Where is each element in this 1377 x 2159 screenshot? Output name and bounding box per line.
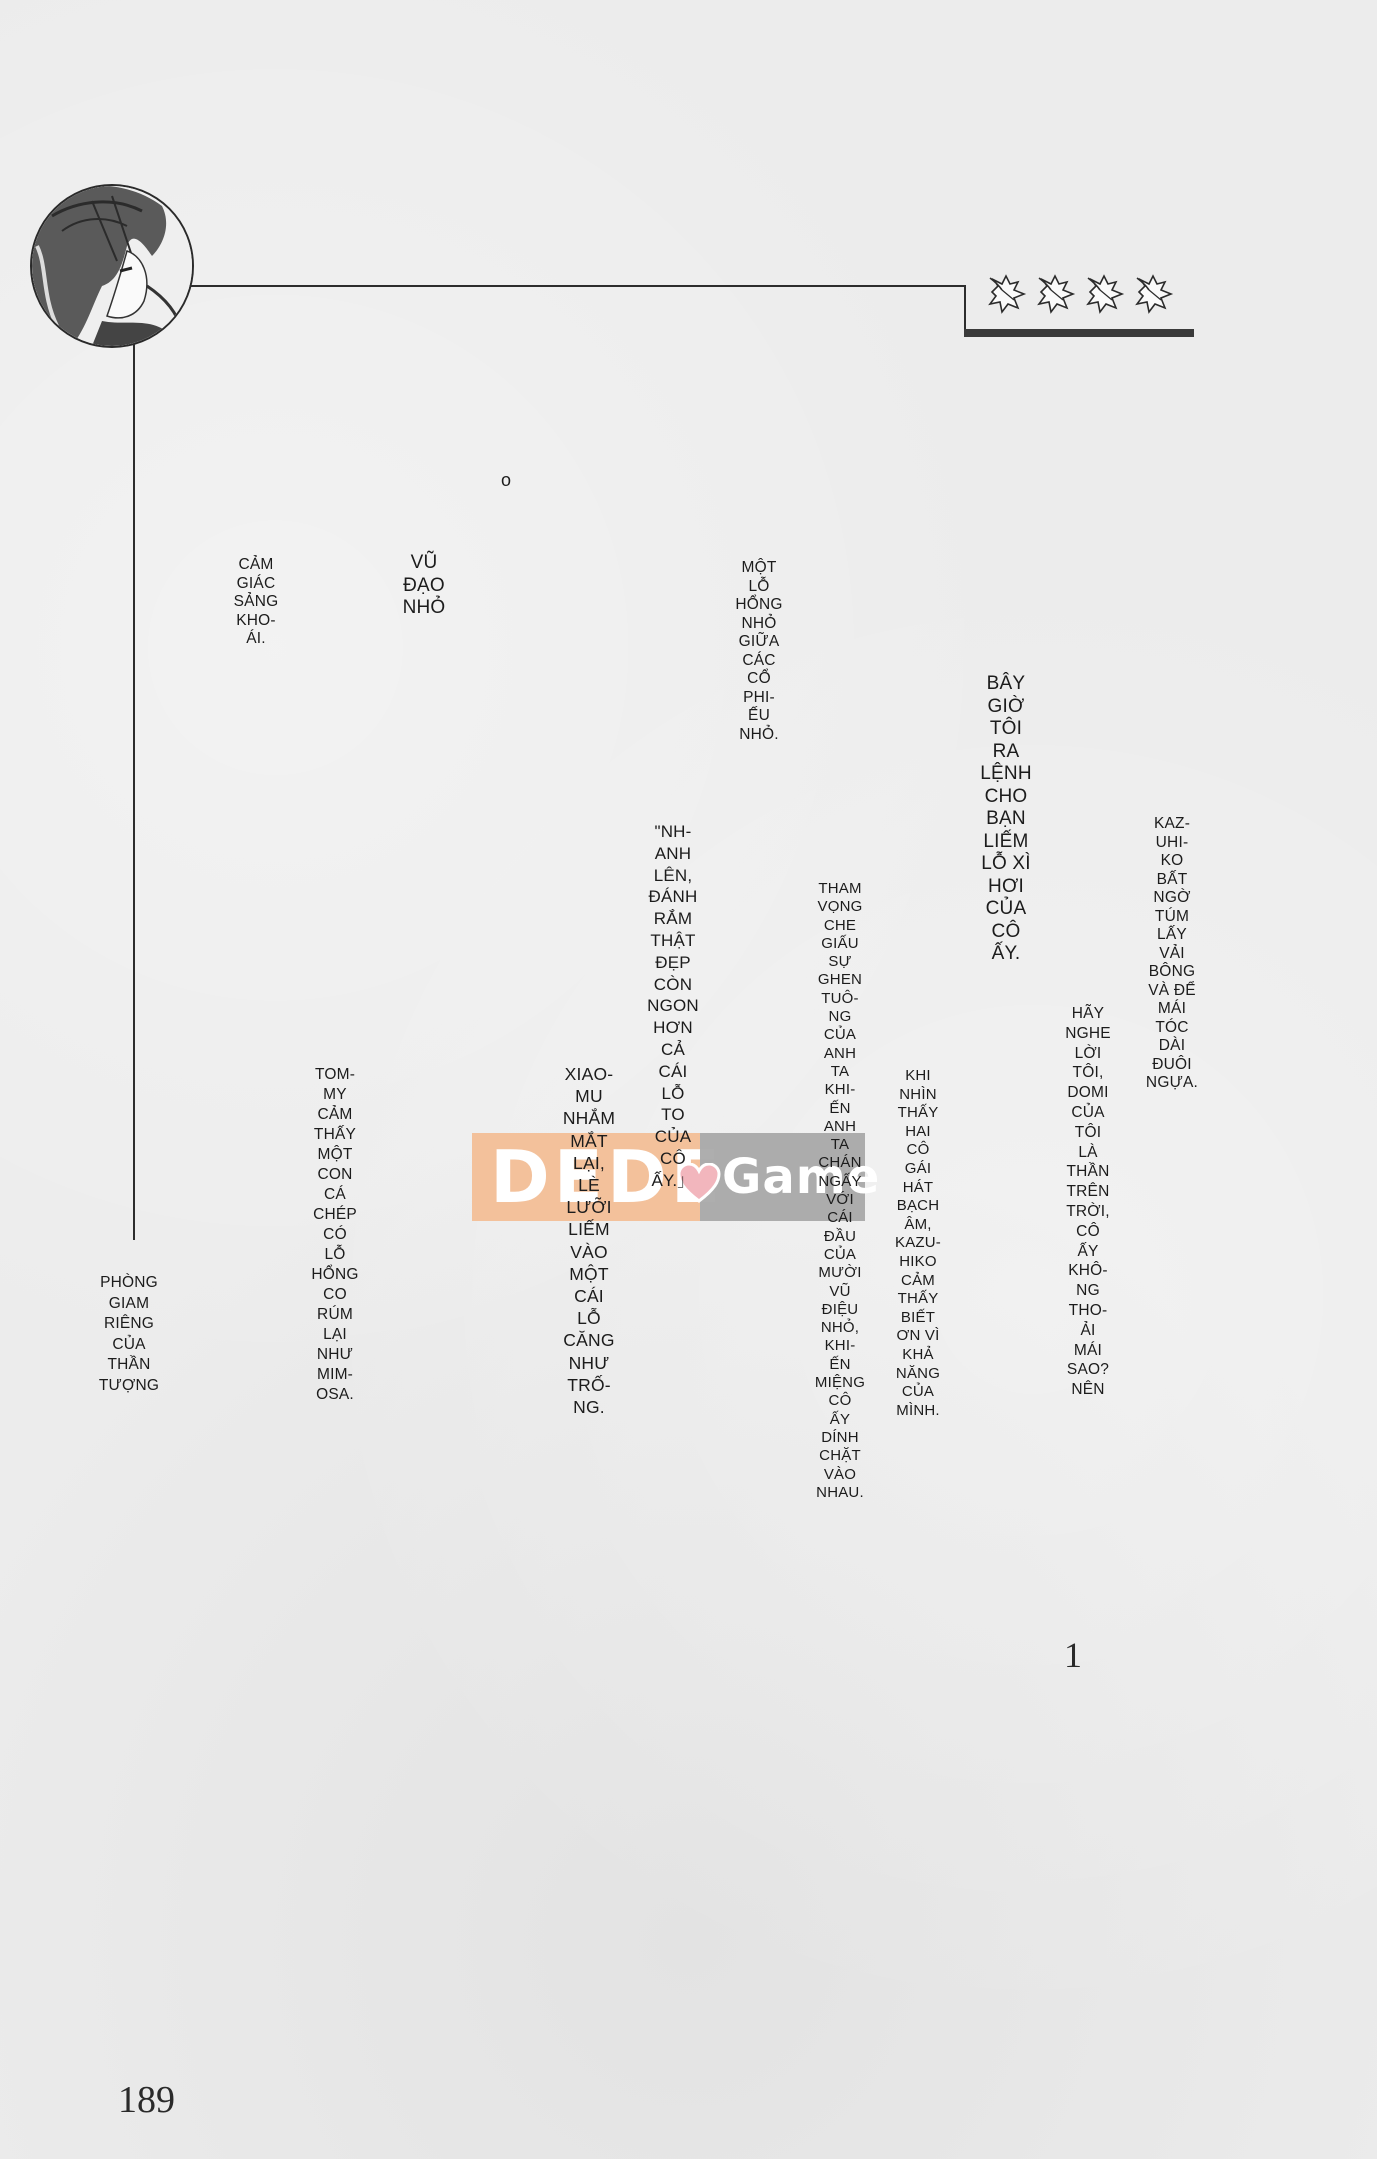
caption-line: ẾN — [815, 1356, 865, 1374]
caption-line: TUÔ- — [815, 990, 865, 1008]
caption-kazuhiko: KAZ-UHI-KOBẤTNGỜTÚMLẤYVẢIBÔNGVÀ ĐỂMÁITÓC… — [1146, 815, 1198, 1093]
caption-line: HỔNG — [735, 596, 782, 615]
caption-line: HAI — [895, 1123, 941, 1142]
caption-line: PHÒNG — [99, 1273, 159, 1294]
caption-line: ANH — [647, 843, 699, 865]
caption-line: LẤY — [1146, 926, 1198, 945]
caption-line: ẤY — [815, 1411, 865, 1429]
caption-line: RA — [980, 741, 1031, 764]
caption-line: KHI — [895, 1067, 941, 1086]
caption-line: TÔI, — [1065, 1063, 1111, 1083]
caption-line: THO- — [1065, 1301, 1111, 1321]
caption-line: HIKO — [895, 1253, 941, 1272]
caption-line: TÔI — [1065, 1123, 1111, 1143]
caption-line: ẤY — [1065, 1242, 1111, 1262]
caption-tommy: TOM-MYCẢMTHẤYMỘTCONCÁCHÉPCÓLỖHỔNGCORÚMLẠ… — [311, 1065, 358, 1405]
caption-line: NGẤY — [815, 1173, 865, 1191]
caption-line: GIẤU — [815, 935, 865, 953]
caption-line: ĐẸP — [647, 952, 699, 974]
caption-line: CỦA — [815, 1246, 865, 1264]
caption-line: NĂNG — [895, 1365, 941, 1384]
caption-line: NG — [1065, 1281, 1111, 1301]
caption-line: CHẶT — [815, 1447, 865, 1465]
caption-line: LÈ — [563, 1174, 615, 1196]
caption-line: ĐẦU — [815, 1228, 865, 1246]
caption-line: LỖ — [311, 1245, 358, 1265]
caption-line: TA — [815, 1063, 865, 1081]
caption-line: CỦA — [1065, 1103, 1111, 1123]
caption-line: NHAU. — [815, 1484, 865, 1502]
caption-line: VẢI — [1146, 945, 1198, 964]
caption-line: CÁI — [563, 1285, 615, 1307]
caption-line: MÌNH. — [895, 1402, 941, 1421]
caption-line: THẤY — [895, 1104, 941, 1123]
caption-line: LẠI, — [563, 1152, 615, 1174]
caption-layer: CẢMGIÁCSẢNGKHO-ÁI. VŨĐẠONHỎ MỘTLỖHỔNGNHỎ… — [0, 0, 1377, 2159]
caption-line: MY — [311, 1085, 358, 1105]
caption-line: MIỆNG — [815, 1374, 865, 1392]
caption-line: GIỜ — [980, 696, 1031, 719]
caption-line: GIAM — [99, 1294, 159, 1315]
caption-line: CHO — [980, 786, 1031, 809]
caption-line: ÂM, — [895, 1216, 941, 1235]
caption-line: CON — [311, 1165, 358, 1185]
caption-line: SỰ — [815, 953, 865, 971]
caption-line: ANH — [815, 1118, 865, 1136]
caption-line: "NH- — [647, 821, 699, 843]
caption-line: CĂNG — [563, 1329, 615, 1351]
caption-line: CỦA — [99, 1335, 159, 1356]
caption-line: LẠI — [311, 1325, 358, 1345]
caption-line: CẢ — [647, 1039, 699, 1061]
caption-line: LỖ — [735, 578, 782, 597]
caption-line: MỘT — [735, 559, 782, 578]
caption-line: KHÔ- — [1065, 1261, 1111, 1281]
caption-line: CÁC — [735, 652, 782, 671]
caption-line: BẠCH — [895, 1197, 941, 1216]
caption-line: DÀI — [1146, 1037, 1198, 1056]
caption-line: VÀO — [815, 1466, 865, 1484]
caption-line: BIẾT — [895, 1309, 941, 1328]
caption-line: CÔ — [895, 1141, 941, 1160]
caption-hay-nghe: HÃYNGHELỜITÔI,DOMICỦATÔILÀTHẦNTRÊNTRỜI,C… — [1065, 1004, 1111, 1400]
caption-line: THẤY — [311, 1125, 358, 1145]
caption-line: VỌNG — [815, 898, 865, 916]
caption-line: NG — [815, 1008, 865, 1026]
caption-line: KHI- — [815, 1337, 865, 1355]
caption-line: CỦA — [895, 1383, 941, 1402]
caption-line: GHEN — [815, 971, 865, 989]
caption-line: MƯỜI — [815, 1264, 865, 1282]
caption-line: NGỜ — [1146, 889, 1198, 908]
caption-line: CẢM — [234, 556, 279, 575]
caption-vu-dao: VŨĐẠONHỎ — [403, 552, 446, 620]
caption-line: GIỮA — [735, 633, 782, 652]
caption-line: LỜI — [1065, 1044, 1111, 1064]
caption-line: NHẮM — [563, 1107, 615, 1129]
caption-line: MỘT — [563, 1263, 615, 1285]
caption-line: DÍNH — [815, 1429, 865, 1447]
caption-line: THẦN — [99, 1355, 159, 1376]
caption-line: ƠN VÌ — [895, 1327, 941, 1346]
caption-bay-gio: BÂYGIỜTÔIRALỆNHCHOBẠNLIẾMLỖ XÌHƠICỦACÔẤY… — [980, 673, 1031, 966]
caption-line: NHỎ, — [815, 1319, 865, 1337]
caption-line: GIÁC — [234, 575, 279, 594]
stray-mark: o — [501, 470, 511, 491]
page-number: 189 — [118, 2078, 175, 2122]
caption-line: NGHE — [1065, 1024, 1111, 1044]
caption-line: DOMI — [1065, 1083, 1111, 1103]
caption-line: LỖ — [647, 1083, 699, 1105]
caption-line: TRỐ- — [563, 1374, 615, 1396]
caption-line: NGỰA. — [1146, 1074, 1198, 1093]
caption-line: TƯỢNG — [99, 1376, 159, 1397]
caption-line: THAM — [815, 880, 865, 898]
caption-line: NHƯ — [563, 1352, 615, 1374]
caption-line: BÂY — [980, 673, 1031, 696]
caption-line: SAO? — [1065, 1360, 1111, 1380]
caption-line: LÊN, — [647, 865, 699, 887]
caption-line: VŨ — [815, 1283, 865, 1301]
caption-nh-anh: "NH-ANHLÊN,ĐÁNHRẮMTHẬTĐẸPCÒNNGONHƠNCẢCÁI… — [647, 821, 699, 1192]
caption-line: BẤT — [1146, 871, 1198, 890]
caption-line: ẤY.」 — [647, 1170, 699, 1192]
caption-line: ĐÁNH — [647, 886, 699, 908]
caption-line: KAZU- — [895, 1234, 941, 1253]
caption-line: MẮT — [563, 1130, 615, 1152]
caption-line: PHI- — [735, 689, 782, 708]
caption-line: CÁI — [815, 1209, 865, 1227]
caption-line: LIẾM — [563, 1218, 615, 1240]
caption-line: MÁI — [1146, 1000, 1198, 1019]
caption-line: MU — [563, 1085, 615, 1107]
caption-line: KHI- — [815, 1081, 865, 1099]
caption-line: CỦA — [815, 1026, 865, 1044]
caption-line: KAZ- — [1146, 815, 1198, 834]
caption-line: TÓC — [1146, 1019, 1198, 1038]
caption-line: CÁ — [311, 1185, 358, 1205]
caption-line: ẾN — [815, 1100, 865, 1118]
caption-line: KHO- — [234, 612, 279, 631]
caption-line: XIAO- — [563, 1063, 615, 1085]
caption-line: LỖ XÌ — [980, 853, 1031, 876]
caption-line: TA — [815, 1136, 865, 1154]
caption-line: RẮM — [647, 908, 699, 930]
caption-line: ĐẠO — [403, 575, 446, 598]
caption-line: NHÌN — [895, 1086, 941, 1105]
caption-line: VÀO — [563, 1241, 615, 1263]
caption-line: CÓ — [311, 1225, 358, 1245]
caption-line: ẤY. — [980, 943, 1031, 966]
caption-line: CÔ — [980, 921, 1031, 944]
caption-line: HÃY — [1065, 1004, 1111, 1024]
caption-line: NGON — [647, 995, 699, 1017]
caption-line: THẦN — [1065, 1162, 1111, 1182]
caption-line: CHÉP — [311, 1205, 358, 1225]
caption-line: TÔI — [980, 718, 1031, 741]
caption-line: HÁT — [895, 1179, 941, 1198]
caption-line: TO — [647, 1104, 699, 1126]
caption-line: THẬT — [647, 930, 699, 952]
caption-line: KHẢ — [895, 1346, 941, 1365]
caption-line: SẢNG — [234, 593, 279, 612]
caption-line: CO — [311, 1285, 358, 1305]
caption-line: CHÁN — [815, 1154, 865, 1172]
caption-line: RIÊNG — [99, 1314, 159, 1335]
panel-marker: 1 — [1064, 1634, 1082, 1676]
caption-line: TRÊN — [1065, 1182, 1111, 1202]
caption-tham-vong: THAMVỌNGCHEGIẤUSỰGHENTUÔ-NGCỦAANHTAKHI-Ế… — [815, 880, 865, 1502]
caption-line: BẠN — [980, 808, 1031, 831]
caption-line: HƠN — [647, 1017, 699, 1039]
caption-phong-giam: PHÒNGGIAMRIÊNGCỦATHẦNTƯỢNG — [99, 1273, 159, 1396]
caption-line: HỔNG — [311, 1265, 358, 1285]
caption-line: LỖ — [563, 1307, 615, 1329]
caption-xiao-mu: XIAO-MUNHẮMMẮTLẠI,LÈLƯỠILIẾMVÀOMỘTCÁILỖC… — [563, 1063, 615, 1418]
caption-line: UHI- — [1146, 834, 1198, 853]
caption-line: HƠI — [980, 876, 1031, 899]
caption-line: ẢI — [1065, 1321, 1111, 1341]
caption-line: CỔ — [735, 670, 782, 689]
caption-line: RÚM — [311, 1305, 358, 1325]
caption-line: ANH — [815, 1045, 865, 1063]
caption-line: CÒN — [647, 974, 699, 996]
caption-line: MỘT — [311, 1145, 358, 1165]
caption-line: CẢM — [311, 1105, 358, 1125]
caption-line: NHƯ — [311, 1345, 358, 1365]
caption-line: LƯỠI — [563, 1196, 615, 1218]
caption-line: NG. — [563, 1396, 615, 1418]
caption-line: NHỎ — [403, 597, 446, 620]
caption-khi-nhin: KHINHÌNTHẤYHAICÔGÁIHÁTBẠCHÂM,KAZU-HIKOCẢ… — [895, 1067, 941, 1420]
caption-line: ĐUÔI — [1146, 1056, 1198, 1075]
caption-line: CÔ — [647, 1148, 699, 1170]
caption-line: KO — [1146, 852, 1198, 871]
caption-line: VÀ ĐỂ — [1146, 982, 1198, 1001]
caption-line: CHE — [815, 917, 865, 935]
caption-line: BÔNG — [1146, 963, 1198, 982]
caption-line: MÁI — [1065, 1341, 1111, 1361]
caption-line: NHỎ — [735, 615, 782, 634]
caption-line: MIM- — [311, 1365, 358, 1385]
caption-line: VỚI — [815, 1191, 865, 1209]
caption-line: CẢM — [895, 1272, 941, 1291]
caption-mot-lo: MỘTLỖHỔNGNHỎGIỮACÁCCỔPHI-ẾUNHỎ. — [735, 559, 782, 744]
caption-line: TRỜI, — [1065, 1202, 1111, 1222]
caption-line: CÔ — [815, 1392, 865, 1410]
caption-line: ẾU — [735, 707, 782, 726]
caption-line: CÔ — [1065, 1222, 1111, 1242]
caption-line: NÊN — [1065, 1380, 1111, 1400]
caption-line: OSA. — [311, 1385, 358, 1405]
caption-line: CỦA — [647, 1126, 699, 1148]
caption-line: CÁI — [647, 1061, 699, 1083]
caption-line: NHỎ. — [735, 726, 782, 745]
caption-line: THẤY — [895, 1290, 941, 1309]
caption-line: GÁI — [895, 1160, 941, 1179]
caption-line: LÀ — [1065, 1143, 1111, 1163]
caption-line: VŨ — [403, 552, 446, 575]
caption-line: CỦA — [980, 898, 1031, 921]
caption-cam-giac: CẢMGIÁCSẢNGKHO-ÁI. — [234, 556, 279, 649]
caption-line: LIẾM — [980, 831, 1031, 854]
caption-line: ĐIỆU — [815, 1301, 865, 1319]
caption-line: TÚM — [1146, 908, 1198, 927]
caption-line: LỆNH — [980, 763, 1031, 786]
caption-line: ÁI. — [234, 630, 279, 649]
caption-line: TOM- — [311, 1065, 358, 1085]
